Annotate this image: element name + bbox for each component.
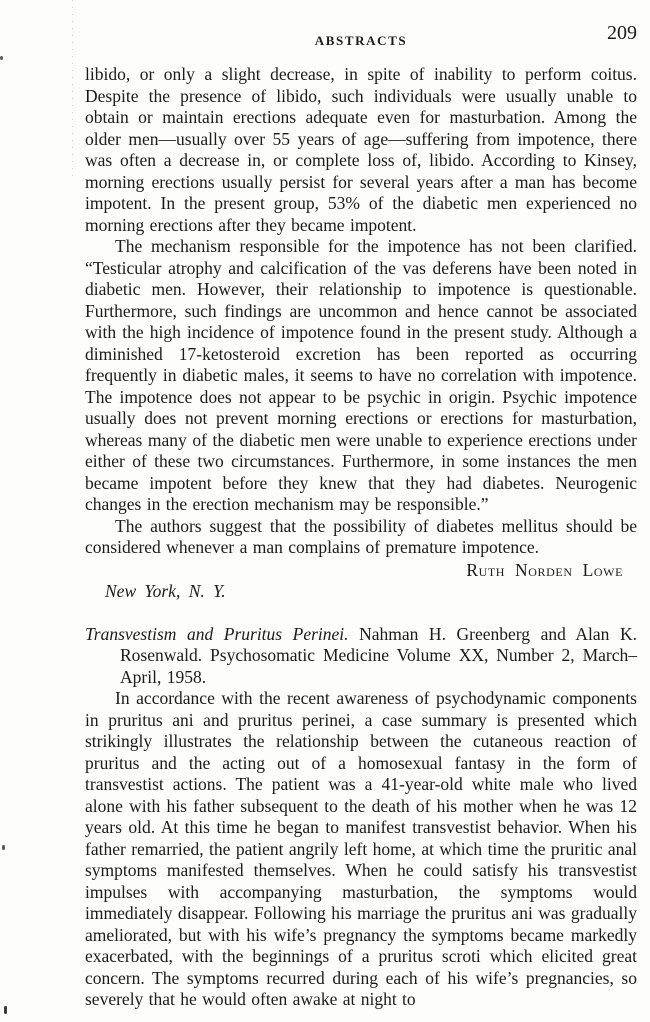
abstract-citation: Transvestism and Pruritus Perinei. Nahma… — [85, 624, 637, 689]
abstract-paragraph: The mechanism responsible for the impote… — [85, 236, 637, 516]
author-byline: Ruth Norden Lowe — [85, 560, 637, 582]
running-title: ABSTRACTS — [315, 30, 407, 52]
page-number: 209 — [607, 23, 637, 45]
scan-artifact-speck — [0, 56, 3, 60]
abstract-paragraph: The authors suggest that the possibility… — [85, 516, 637, 559]
page-header: ABSTRACTS 209 — [85, 26, 637, 50]
abstract-paragraph: libido, or only a slight decrease, in sp… — [85, 64, 637, 236]
abstracts-text-block: libido, or only a slight decrease, in sp… — [85, 64, 637, 1011]
scan-artifact-speck — [2, 845, 5, 850]
scan-artifact-speck — [4, 1006, 7, 1014]
author-location: New York, N. Y. — [85, 581, 637, 603]
scan-artifact-dotted-line — [72, 0, 73, 182]
abstract-title: Transvestism and Pruritus Perinei. — [85, 624, 349, 644]
abstract-paragraph: In accordance with the recent awareness … — [85, 688, 637, 1011]
document-page: ABSTRACTS 209 libido, or only a slight d… — [0, 0, 650, 1022]
